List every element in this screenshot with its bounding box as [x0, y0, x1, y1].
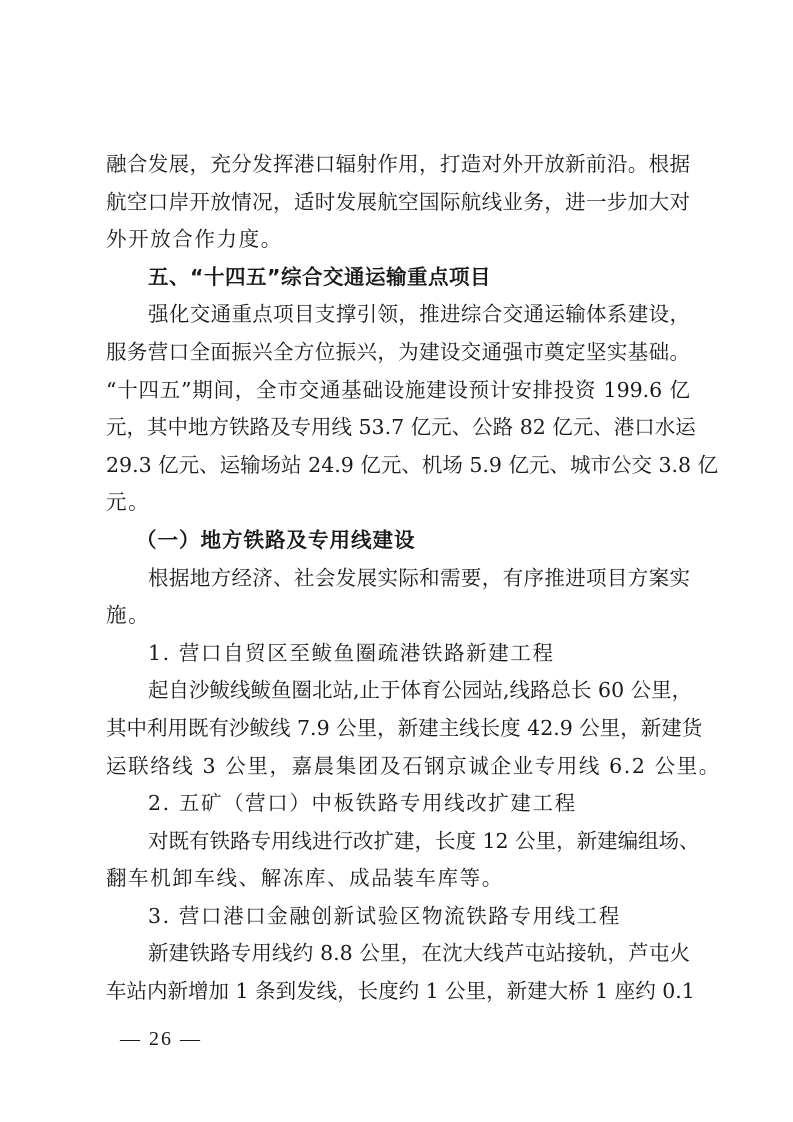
paragraph-line: 元。 — [106, 484, 690, 522]
item-title: 1. 营口自贸区至鲅鱼圈疏港铁路新建工程 — [106, 635, 690, 673]
paragraph-line: 车站内新增加 1 条到发线，长度约 1 公里，新建大桥 1 座约 0.1 — [106, 973, 690, 1011]
document-page: 融合发展，充分发挥港口辐射作用，打造对外开放新前沿。根据 航空口岸开放情况，适时… — [106, 146, 690, 1011]
item-title: 3. 营口港口金融创新试验区物流铁路专用线工程 — [106, 898, 690, 936]
paragraph-line: 服务营口全面振兴全方位振兴，为建设交通强市奠定坚实基础。 — [106, 334, 690, 372]
paragraph-line: 融合发展，充分发挥港口辐射作用，打造对外开放新前沿。根据 — [106, 146, 690, 184]
section-heading: 五、“十四五”综合交通运输重点项目 — [106, 259, 690, 297]
paragraph-line: 其中利用既有沙鲅线 7.9 公里，新建主线长度 42.9 公里，新建货 — [106, 710, 690, 748]
page-number: — 26 — — [120, 1028, 202, 1051]
paragraph-line: 起自沙鲅线鲅鱼圈北站,止于体育公园站,线路总长 60 公里， — [106, 672, 690, 710]
subsection-heading: （一）地方铁路及专用线建设 — [106, 522, 690, 560]
paragraph-line: 航空口岸开放情况，适时发展航空国际航线业务，进一步加大对 — [106, 184, 690, 222]
paragraph-line: 元，其中地方铁路及专用线 53.7 亿元、公路 82 亿元、港口水运 — [106, 409, 690, 447]
paragraph-line: 强化交通重点项目支撑引领，推进综合交通运输体系建设， — [106, 296, 690, 334]
paragraph-line: 根据地方经济、社会发展实际和需要，有序推进项目方案实 — [106, 560, 690, 598]
paragraph-line: 对既有铁路专用线进行改扩建，长度 12 公里，新建编组场、 — [106, 823, 690, 861]
paragraph-line: 翻车机卸车线、解冻库、成品装车库等。 — [106, 860, 690, 898]
paragraph-line: 新建铁路专用线约 8.8 公里，在沈大线芦屯站接轨，芦屯火 — [106, 935, 690, 973]
paragraph-line: 施。 — [106, 597, 690, 635]
item-title: 2. 五矿（营口）中板铁路专用线改扩建工程 — [106, 785, 690, 823]
paragraph-line: 29.3 亿元、运输场站 24.9 亿元、机场 5.9 亿元、城市公交 3.8 … — [106, 447, 690, 485]
paragraph-line: 外开放合作力度。 — [106, 221, 690, 259]
paragraph-line: “十四五”期间，全市交通基础设施建设预计安排投资 199.6 亿 — [106, 372, 690, 410]
paragraph-line: 运联络线 3 公里，嘉晨集团及石钢京诚企业专用线 6.2 公里。 — [106, 748, 690, 786]
